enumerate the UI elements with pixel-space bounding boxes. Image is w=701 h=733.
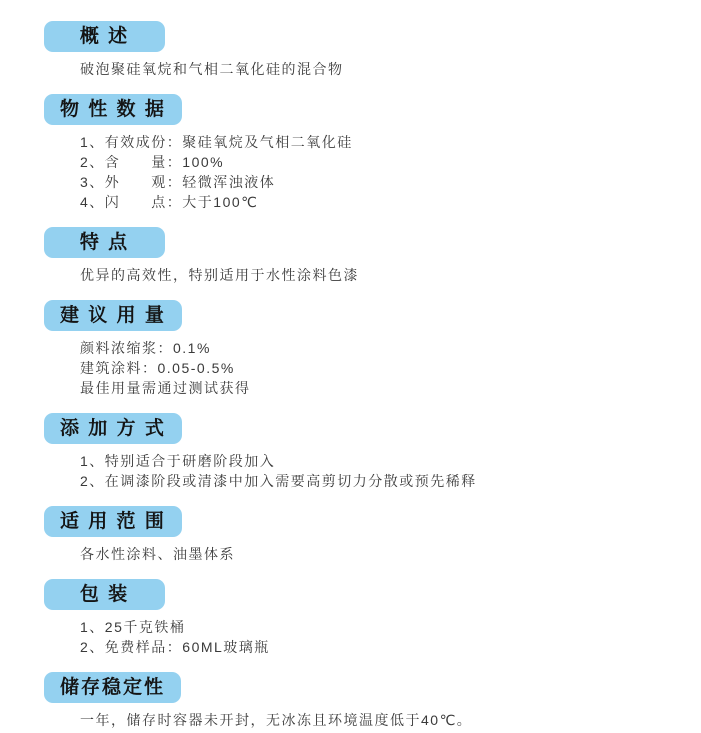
body-line: 一年，储存时容器未开封，无冰冻且环境温度低于40℃。 <box>80 710 681 730</box>
section-title-overview: 概 述 <box>44 21 165 52</box>
body-line: 颜料浓缩浆：0.1% <box>80 338 681 358</box>
body-line: 最佳用量需通过测试获得 <box>80 378 681 398</box>
section-title-addition-method: 添 加 方 式 <box>44 413 182 444</box>
section-body-features: 优异的高效性，特别适用于水性涂料色漆 <box>80 265 681 285</box>
section-title-recommended-dosage: 建 议 用 量 <box>44 300 182 331</box>
section-application-scope: 适 用 范 围 各水性涂料、油墨体系 <box>44 506 681 564</box>
section-body-application-scope: 各水性涂料、油墨体系 <box>80 544 681 564</box>
body-line: 1、有效成份：聚硅氧烷及气相二氧化硅 <box>80 132 681 152</box>
section-title-application-scope: 适 用 范 围 <box>44 506 182 537</box>
body-line: 3、外 观：轻微浑浊液体 <box>80 172 681 192</box>
body-line: 优异的高效性，特别适用于水性涂料色漆 <box>80 265 681 285</box>
section-title-physical-properties: 物 性 数 据 <box>44 94 182 125</box>
body-line: 2、免费样品：60ML玻璃瓶 <box>80 637 681 657</box>
section-body-packaging: 1、25千克铁桶 2、免费样品：60ML玻璃瓶 <box>80 617 681 657</box>
section-storage-stability: 储存稳定性 一年，储存时容器未开封，无冰冻且环境温度低于40℃。 <box>44 672 681 730</box>
section-packaging: 包 装 1、25千克铁桶 2、免费样品：60ML玻璃瓶 <box>44 579 681 657</box>
body-line: 2、含 量：100% <box>80 152 681 172</box>
section-body-storage-stability: 一年，储存时容器未开封，无冰冻且环境温度低于40℃。 <box>80 710 681 730</box>
body-line: 建筑涂料：0.05-0.5% <box>80 358 681 378</box>
section-body-addition-method: 1、特别适合于研磨阶段加入 2、在调漆阶段或清漆中加入需要高剪切力分散或预先稀释 <box>80 451 681 491</box>
section-features: 特 点 优异的高效性，特别适用于水性涂料色漆 <box>44 227 681 285</box>
section-addition-method: 添 加 方 式 1、特别适合于研磨阶段加入 2、在调漆阶段或清漆中加入需要高剪切… <box>44 413 681 491</box>
body-line: 破泡聚硅氧烷和气相二氧化硅的混合物 <box>80 59 681 79</box>
section-title-storage-stability: 储存稳定性 <box>44 672 181 703</box>
section-body-overview: 破泡聚硅氧烷和气相二氧化硅的混合物 <box>80 59 681 79</box>
datasheet-page: 概 述 破泡聚硅氧烷和气相二氧化硅的混合物 物 性 数 据 1、有效成份：聚硅氧… <box>0 0 701 733</box>
body-line: 各水性涂料、油墨体系 <box>80 544 681 564</box>
section-body-recommended-dosage: 颜料浓缩浆：0.1% 建筑涂料：0.05-0.5% 最佳用量需通过测试获得 <box>80 338 681 398</box>
section-title-packaging: 包 装 <box>44 579 165 610</box>
section-recommended-dosage: 建 议 用 量 颜料浓缩浆：0.1% 建筑涂料：0.05-0.5% 最佳用量需通… <box>44 300 681 398</box>
body-line: 1、特别适合于研磨阶段加入 <box>80 451 681 471</box>
body-line: 2、在调漆阶段或清漆中加入需要高剪切力分散或预先稀释 <box>80 471 681 491</box>
section-overview: 概 述 破泡聚硅氧烷和气相二氧化硅的混合物 <box>44 21 681 79</box>
section-physical-properties: 物 性 数 据 1、有效成份：聚硅氧烷及气相二氧化硅 2、含 量：100% 3、… <box>44 94 681 212</box>
section-body-physical-properties: 1、有效成份：聚硅氧烷及气相二氧化硅 2、含 量：100% 3、外 观：轻微浑浊… <box>80 132 681 212</box>
section-title-features: 特 点 <box>44 227 165 258</box>
body-line: 4、闪 点：大于100℃ <box>80 192 681 212</box>
body-line: 1、25千克铁桶 <box>80 617 681 637</box>
